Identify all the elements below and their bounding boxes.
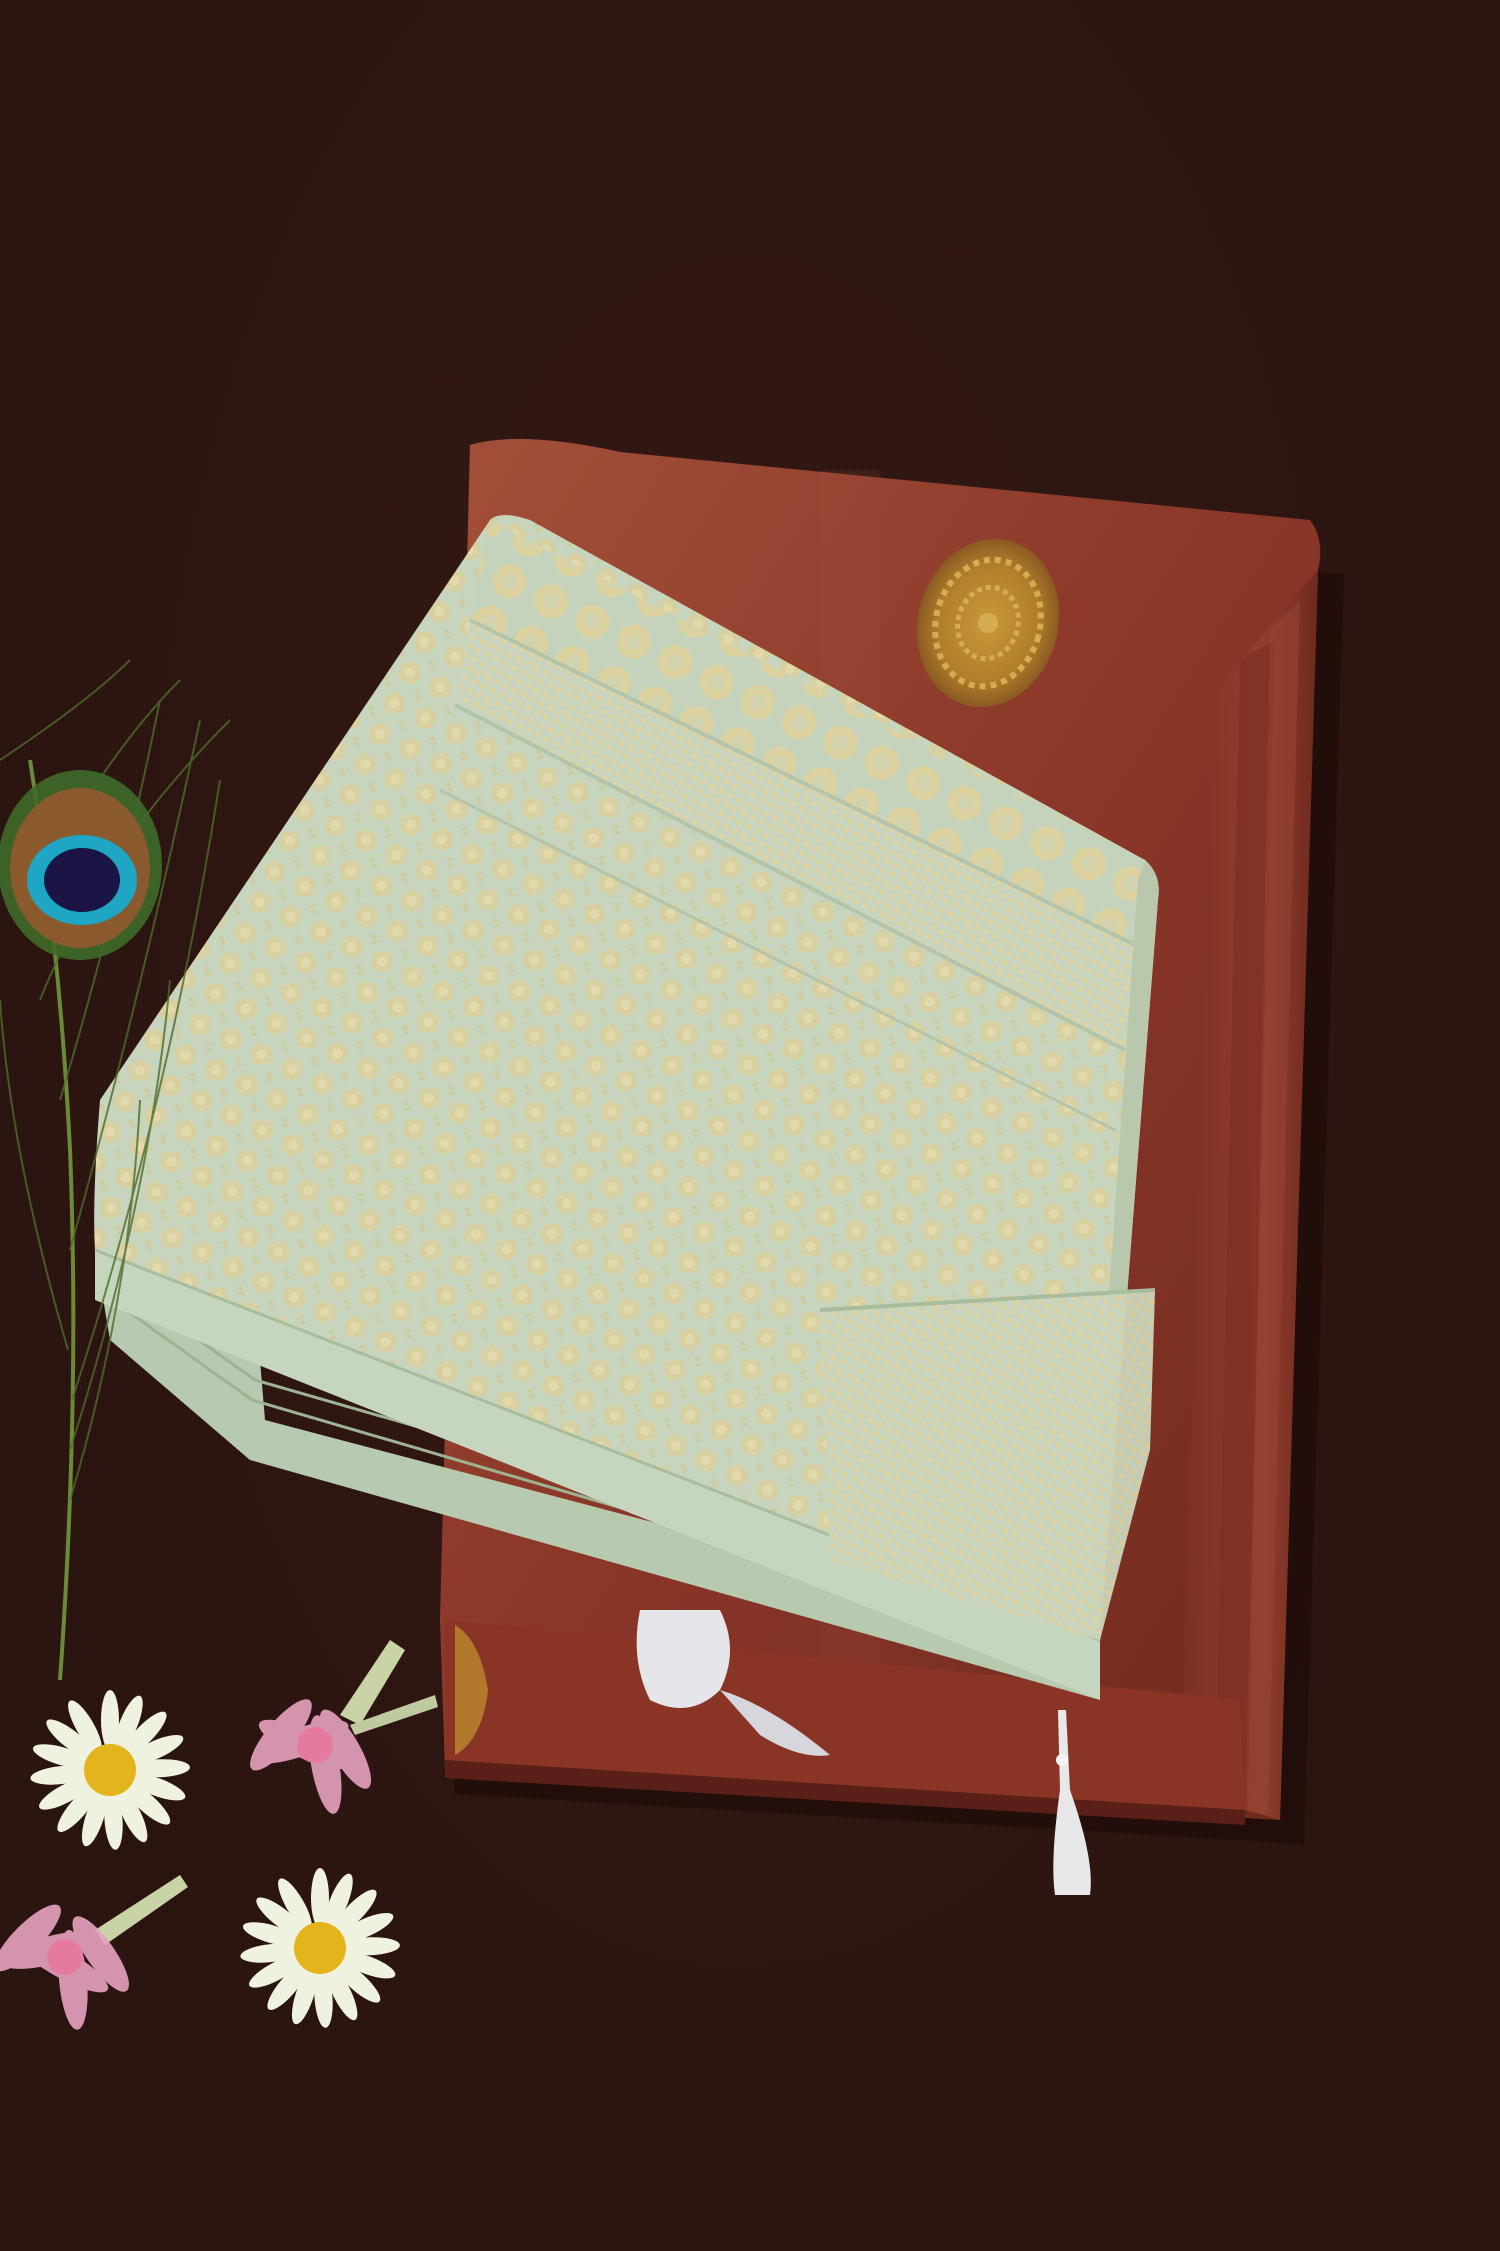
pink-flower-bottom bbox=[0, 1875, 188, 2031]
pink-flower-top bbox=[241, 1640, 438, 1816]
saree-illustration bbox=[0, 0, 1500, 2251]
daisy-bottom-right bbox=[239, 1868, 400, 2028]
daisy-top-left bbox=[29, 1690, 190, 1850]
product-photo: Folded silk saree with brick-red body an… bbox=[0, 0, 1500, 2251]
